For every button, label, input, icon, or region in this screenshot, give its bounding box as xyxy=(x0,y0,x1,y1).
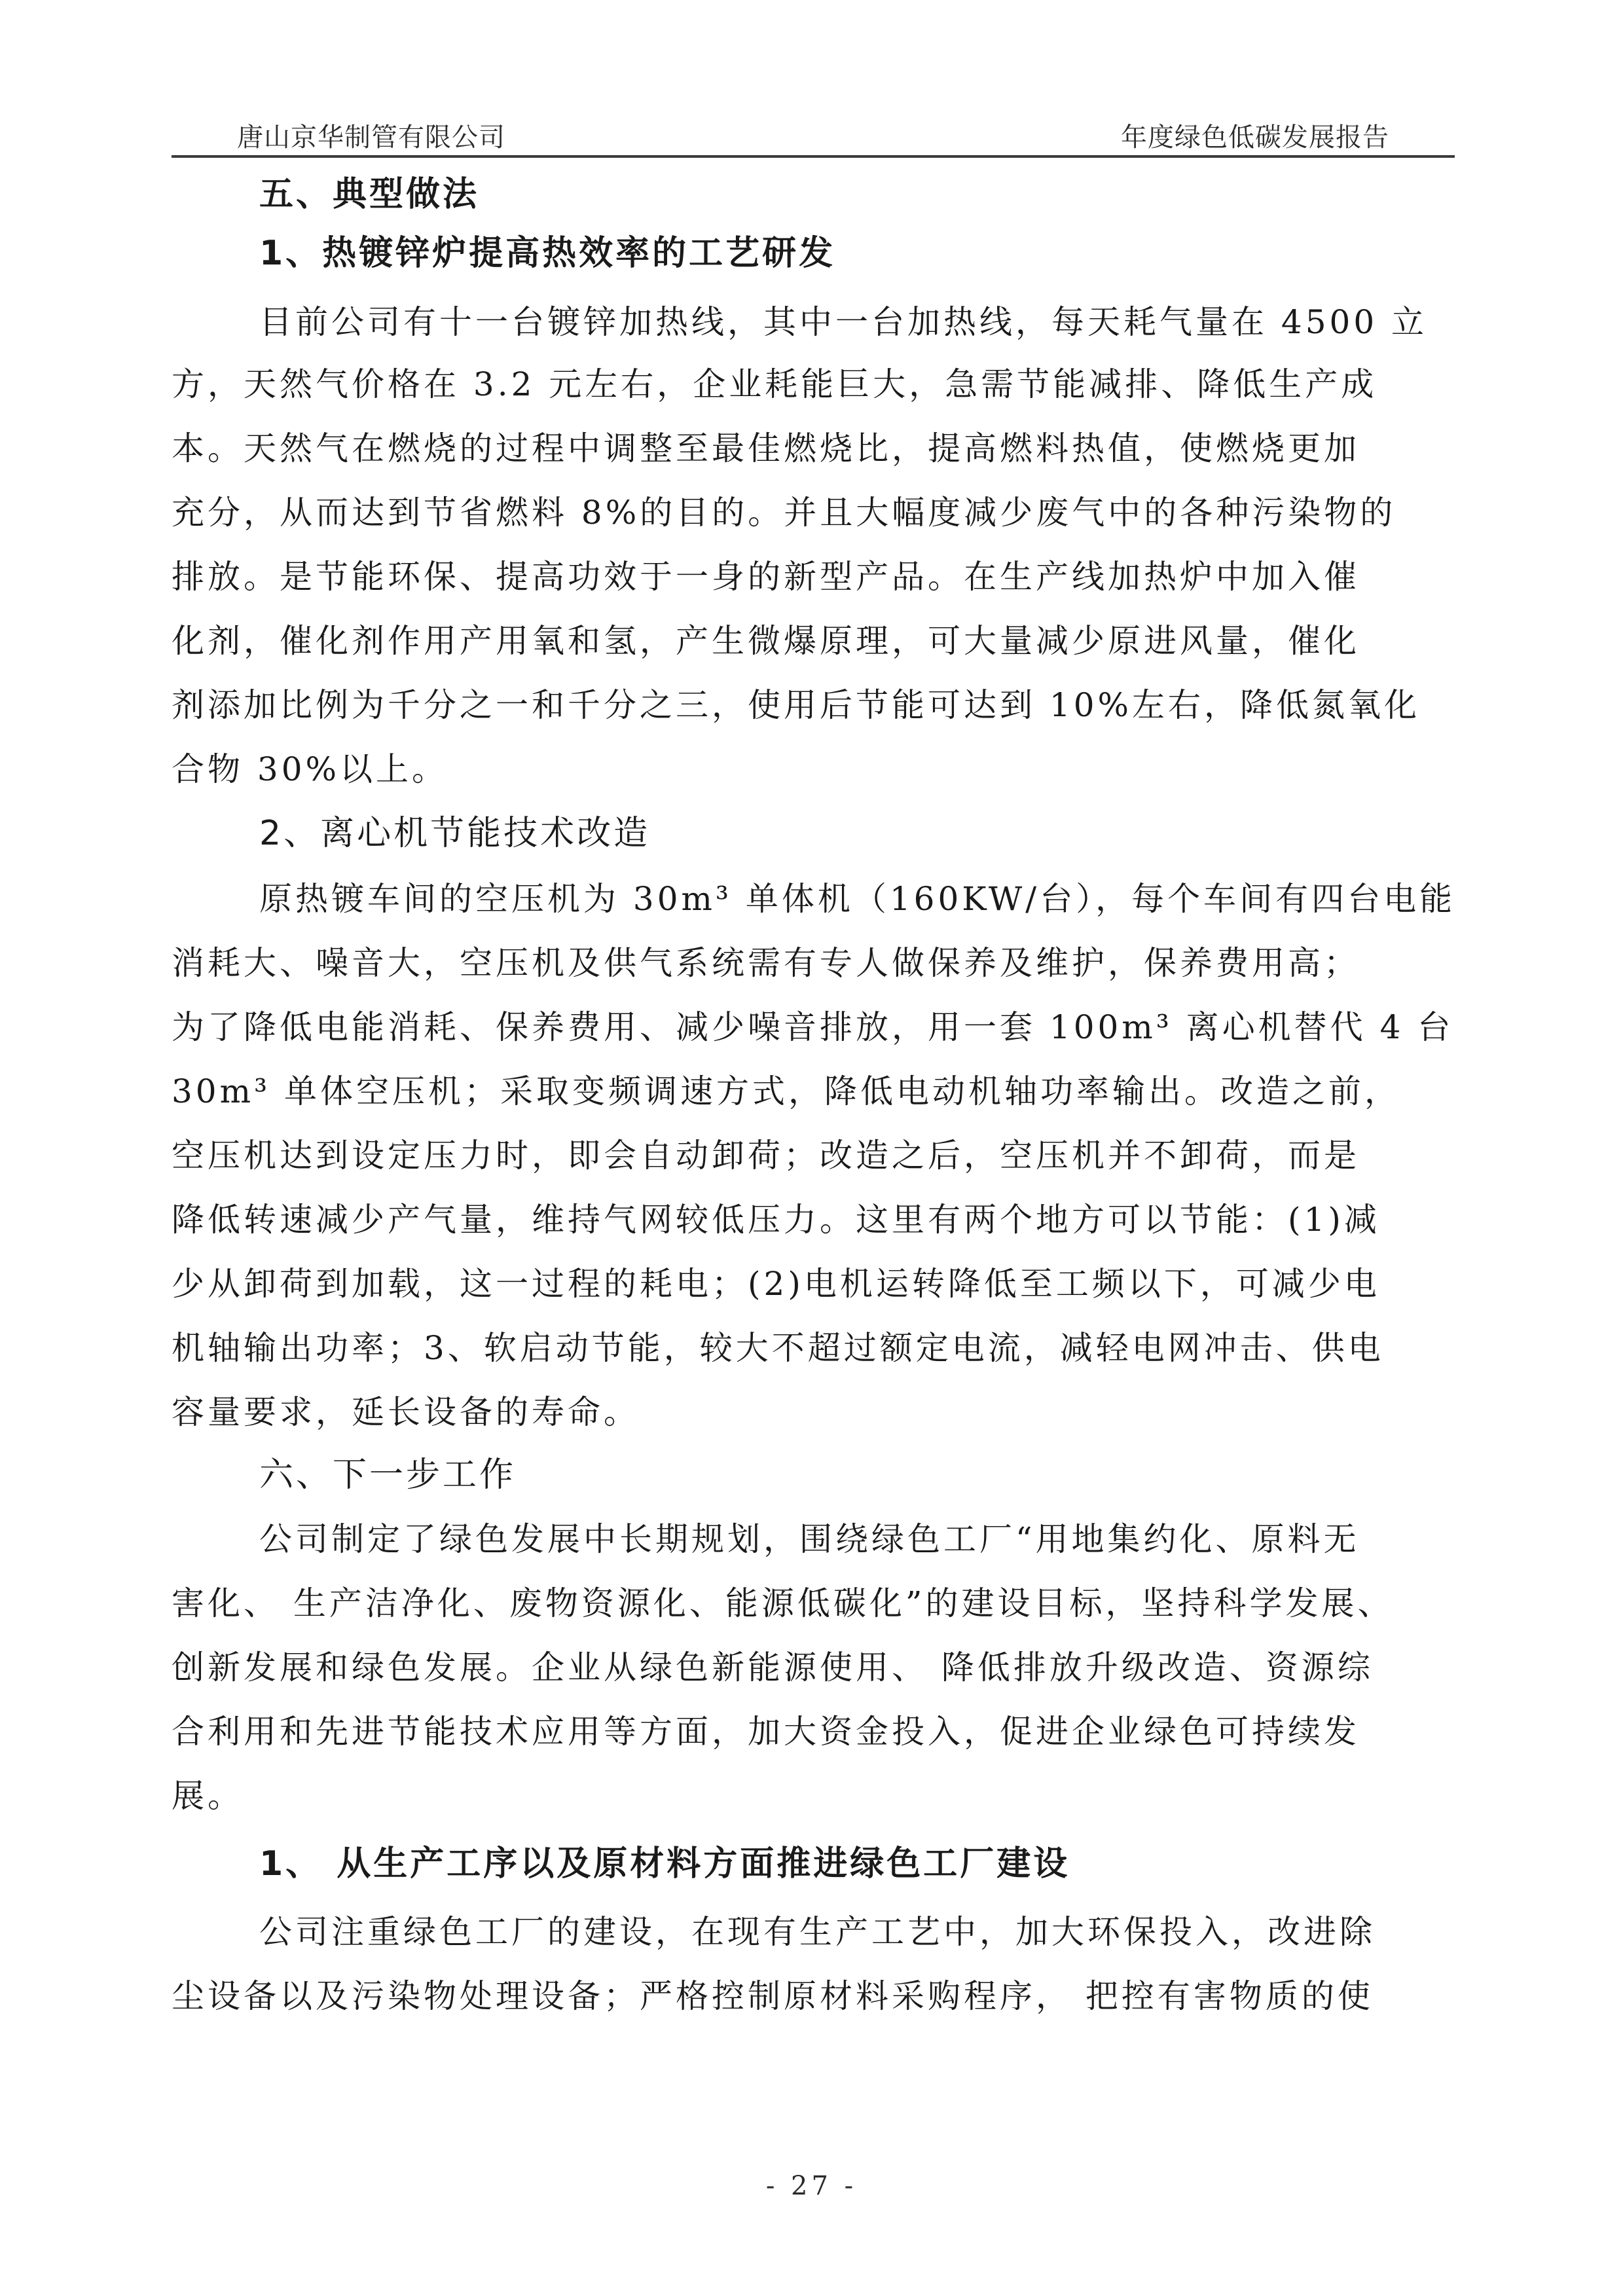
paragraph-line: 方，天然气价格在 3.2 元左右，企业耗能巨大，急需节能减排、降低生产成 xyxy=(172,361,1377,407)
subsection-heading-5-2: 2、离心机节能技术改造 xyxy=(259,811,650,856)
section-heading-6: 六、下一步工作 xyxy=(259,1452,516,1498)
paragraph-line: 合物 30%以上。 xyxy=(172,746,448,792)
section-heading-5: 五、典型做法 xyxy=(259,172,479,217)
paragraph-line: 目前公司有十一台镀锌加热线，其中一台加热线，每天耗气量在 4500 立 xyxy=(259,299,1427,345)
paragraph-line: 30m³ 单体空压机；采取变频调速方式，降低电动机轴功率输出。改造之前， xyxy=(172,1068,1400,1114)
header-report-title: 年度绿色低碳发展报告 xyxy=(1121,117,1389,154)
paragraph-line: 充分，从而达到节省燃料 8%的目的。并且大幅度减少废气中的各种污染物的 xyxy=(172,490,1396,536)
paragraph-line: 消耗大、噪音大，空压机及供气系统需有专人做保养及维护，保养费用高； xyxy=(172,940,1360,986)
paragraph-line: 少从卸荷到加载，这一过程的耗电；(2)电机运转降低至工频以下，可减少电 xyxy=(172,1261,1380,1307)
paragraph-line: 合利用和先进节能技术应用等方面，加大资金投入，促进企业绿色可持续发 xyxy=(172,1709,1360,1755)
paragraph-line: 容量要求，延长设备的寿命。 xyxy=(172,1389,640,1435)
paragraph-line: 机轴输出功率；3、软启动节能，较大不超过额定电流，减轻电网冲击、供电 xyxy=(172,1325,1384,1371)
header-divider xyxy=(172,155,1455,158)
document-page: 唐山京华制管有限公司 年度绿色低碳发展报告 五、典型做法 1、热镀锌炉提高热效率… xyxy=(0,0,1623,2296)
subsection-heading-5-1: 1、热镀锌炉提高热效率的工艺研发 xyxy=(259,230,835,276)
paragraph-line: 展。 xyxy=(172,1773,244,1819)
page-header: 唐山京华制管有限公司 年度绿色低碳发展报告 xyxy=(172,117,1455,156)
paragraph-line: 空压机达到设定压力时，即会自动卸荷；改造之后，空压机并不卸荷，而是 xyxy=(172,1133,1360,1178)
paragraph-line: 公司注重绿色工厂的建设，在现有生产工艺中，加大环保投入，改进除 xyxy=(259,1909,1376,1955)
header-company-name: 唐山京华制管有限公司 xyxy=(237,117,505,154)
paragraph-line: 降低转速减少产气量，维持气网较低压力。这里有两个地方可以节能：(1)减 xyxy=(172,1197,1380,1243)
paragraph-line: 本。天然气在燃烧的过程中调整至最佳燃烧比，提高燃料热值，使燃烧更加 xyxy=(172,426,1360,471)
paragraph-line: 害化、 生产洁净化、废物资源化、能源低碳化”的建设目标，坚持科学发展、 xyxy=(172,1580,1393,1626)
page-number: - 27 - xyxy=(0,2171,1623,2201)
paragraph-line: 创新发展和绿色发展。企业从绿色新能源使用、 降低排放升级改造、资源综 xyxy=(172,1645,1374,1690)
paragraph-line: 为了降低电能消耗、保养费用、减少噪音排放，用一套 100m³ 离心机替代 4 台 xyxy=(172,1004,1453,1050)
subsection-heading-6-1: 1、 从生产工序以及原材料方面推进绿色工厂建设 xyxy=(259,1841,1070,1887)
paragraph-line: 原热镀车间的空压机为 30m³ 单体机（160KW/台），每个车间有四台电能 xyxy=(259,876,1455,922)
paragraph-line: 剂添加比例为千分之一和千分之三，使用后节能可达到 10%左右，降低氮氧化 xyxy=(172,682,1420,728)
paragraph-line: 尘设备以及污染物处理设备；严格控制原材料采购程序， 把控有害物质的使 xyxy=(172,1973,1374,2019)
paragraph-line: 公司制定了绿色发展中长期规划，围绕绿色工厂“用地集约化、原料无 xyxy=(259,1516,1360,1562)
paragraph-line: 化剂，催化剂作用产用氧和氢，产生微爆原理，可大量减少原进风量，催化 xyxy=(172,618,1360,664)
paragraph-line: 排放。是节能环保、提高功效于一身的新型产品。在生产线加热炉中加入催 xyxy=(172,554,1360,600)
